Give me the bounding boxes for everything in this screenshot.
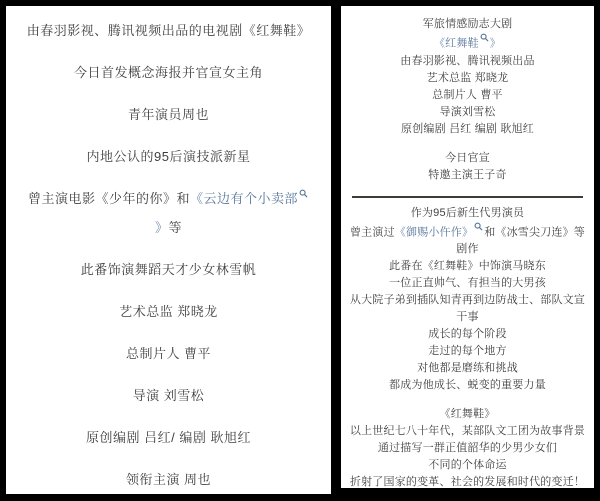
right-text-line: 作为95后新生代男演员 <box>349 205 586 222</box>
text-segment: 从大院子弟到插队知青再到边防战士、部队文宣 <box>350 294 585 306</box>
text-segment: 作为95后新生代男演员 <box>411 207 524 219</box>
right-text-line: 从大院子弟到插队知青再到边防战士、部队文宣 <box>349 292 586 309</box>
left-paragraph: 艺术总监 郑晓龙 <box>16 297 321 326</box>
right-text-line: 干事 <box>349 309 586 326</box>
right-text-line: 艺术总监 郑晓龙 <box>349 70 586 87</box>
right-text-block: 《红舞鞋》以上世纪七八十年代，某部队文工团为故事背景通过描写一群正值韶华的少男少… <box>349 406 586 488</box>
right-text-block: 作为95后新生代男演员曾主演过《御赐小仵作》和《冰雪尖刀连》等剧作此番在《红舞鞋… <box>349 205 586 395</box>
left-paragraph: 此番饰演舞蹈天才少女林雪帆 <box>16 255 321 284</box>
text-segment: 曾主演电影《少年的你》和 <box>28 191 190 206</box>
text-segment: 原创编剧 吕红 编剧 耿旭红 <box>401 123 534 135</box>
text-segment: 导演刘雪松 <box>440 106 496 118</box>
right-text-line: 导演刘雪松 <box>349 104 586 121</box>
text-segment: 等 <box>169 220 183 235</box>
topic-search-link[interactable]: 》 <box>155 220 169 235</box>
right-text-block: 军旅情感励志大剧《红舞鞋》由春羽影视、腾讯视频出品艺术总监 郑晓龙总制片人 曹平… <box>349 16 586 138</box>
left-paragraph: 原创编剧 吕红/ 编剧 耿旭红 <box>16 423 321 452</box>
left-paragraph: 总制片人 曹平 <box>16 339 321 368</box>
text-segment: 和《冰雪尖刀连》等 <box>484 226 585 238</box>
search-icon[interactable] <box>299 189 308 198</box>
text-segment: 《红舞鞋》 <box>440 408 496 420</box>
text-segment: 由春羽影视、腾讯视频出品的电视剧《红舞鞋》 <box>27 23 311 38</box>
text-segment: 青年演员周也 <box>128 107 209 122</box>
text-segment: 成长的每个阶段 <box>428 328 506 340</box>
text-segment: 都成为他成长、蜕变的重要力量 <box>389 379 546 391</box>
right-text-line: 今日官宣 <box>349 150 586 167</box>
left-paragraph: 领衔主演 周也 <box>16 465 321 494</box>
text-segment: 曾主演过 <box>350 226 395 238</box>
topic-search-link[interactable]: 《云边有个小卖部 <box>190 191 298 206</box>
right-text-line: 对他都是磨练和挑战 <box>349 360 586 377</box>
right-text-line: 特邀主演王子奇 <box>349 167 586 184</box>
text-segment: 此番在《红舞鞋》中饰演马晓东 <box>389 260 546 272</box>
search-icon[interactable] <box>480 33 489 42</box>
text-segment: 今日官宣 <box>445 152 490 164</box>
text-segment: 一位正直帅气、有担当的大男孩 <box>389 277 546 289</box>
topic-search-link[interactable]: 《红舞鞋 <box>434 38 479 50</box>
right-text-line: 军旅情感励志大剧 <box>349 16 586 33</box>
left-paragraph: 曾主演电影《少年的你》和《云边有个小卖部》等 <box>16 184 321 242</box>
text-segment: 干事 <box>456 311 478 323</box>
right-text-line: 总制片人 曹平 <box>349 87 586 104</box>
text-segment: 导演 刘雪松 <box>133 388 205 403</box>
text-segment: 剧作 <box>456 243 478 255</box>
screenshot-collage: 由春羽影视、腾讯视频出品的电视剧《红舞鞋》今日首发概念海报并官宣女主角青年演员周… <box>0 0 600 501</box>
text-segment: 通过描写一群正值韶华的少男少女们 <box>378 442 557 454</box>
panel-divider-bar <box>331 0 341 501</box>
right-text-line: 以上世纪七八十年代，某部队文工团为故事背景 <box>349 423 586 440</box>
right-text-line: 折射了国家的变革、社会的发展和时代的变迁！ <box>349 474 586 488</box>
left-paragraph: 由春羽影视、腾讯视频出品的电视剧《红舞鞋》 <box>16 16 321 45</box>
topic-search-link[interactable]: 《御赐小仵作》 <box>395 226 473 238</box>
text-segment: 走过的每个地方 <box>428 345 506 357</box>
text-segment: 总制片人 曹平 <box>126 346 211 361</box>
left-paragraph: 内地公认的95后演技派新星 <box>16 142 321 171</box>
text-segment: 军旅情感励志大剧 <box>423 18 513 30</box>
right-text-line: 原创编剧 吕红 编剧 耿旭红 <box>349 121 586 138</box>
text-segment: 艺术总监 郑晓龙 <box>119 304 218 319</box>
right-text-line: 《红舞鞋》 <box>349 406 586 423</box>
left-paragraph: 今日首发概念海报并官宣女主角 <box>16 58 321 87</box>
topic-search-link[interactable]: 》 <box>490 38 501 50</box>
text-segment: 不同的个体命运 <box>428 459 506 471</box>
right-text-block: 今日官宣特邀主演王子奇 <box>349 150 586 184</box>
left-paragraph: 导演 刘雪松 <box>16 381 321 410</box>
right-text-line: 不同的个体命运 <box>349 457 586 474</box>
right-text-line: 由春羽影视、腾讯视频出品 <box>349 53 586 70</box>
right-text-line: 通过描写一群正值韶华的少男少女们 <box>349 440 586 457</box>
text-segment: 内地公认的95后演技派新星 <box>87 149 251 164</box>
right-text-line: 走过的每个地方 <box>349 343 586 360</box>
text-segment: 由春羽影视、腾讯视频出品 <box>400 55 534 67</box>
right-text-line: 《红舞鞋》 <box>349 33 586 53</box>
text-segment: 对他都是磨练和挑战 <box>417 362 518 374</box>
text-segment: 特邀主演王子奇 <box>428 169 506 181</box>
right-text-line: 成长的每个阶段 <box>349 326 586 343</box>
right-text-line: 此番在《红舞鞋》中饰演马晓东 <box>349 258 586 275</box>
text-segment: 以上世纪七八十年代，某部队文工团为故事背景 <box>350 425 585 437</box>
text-segment: 此番饰演舞蹈天才少女林雪帆 <box>81 262 257 277</box>
text-segment: 原创编剧 吕红/ 编剧 耿旭红 <box>86 430 251 445</box>
text-segment: 折射了国家的变革、社会的发展和时代的变迁！ <box>350 476 585 488</box>
search-icon[interactable] <box>474 222 483 231</box>
text-segment: 领衔主演 周也 <box>126 472 211 487</box>
right-screenshot-panel: 军旅情感励志大剧《红舞鞋》由春羽影视、腾讯视频出品艺术总监 郑晓龙总制片人 曹平… <box>341 6 594 488</box>
right-text-line: 曾主演过《御赐小仵作》和《冰雪尖刀连》等 <box>349 222 586 242</box>
section-divider-line <box>352 196 583 198</box>
text-segment: 今日首发概念海报并官宣女主角 <box>74 65 263 80</box>
text-segment: 艺术总监 郑晓龙 <box>427 72 509 84</box>
left-paragraph: 青年演员周也 <box>16 100 321 129</box>
right-text-line: 剧作 <box>349 241 586 258</box>
text-segment: 总制片人 曹平 <box>432 89 502 101</box>
left-screenshot-panel: 由春羽影视、腾讯视频出品的电视剧《红舞鞋》今日首发概念海报并官宣女主角青年演员周… <box>6 6 331 494</box>
right-text-line: 都成为他成长、蜕变的重要力量 <box>349 377 586 394</box>
right-text-line: 一位正直帅气、有担当的大男孩 <box>349 275 586 292</box>
